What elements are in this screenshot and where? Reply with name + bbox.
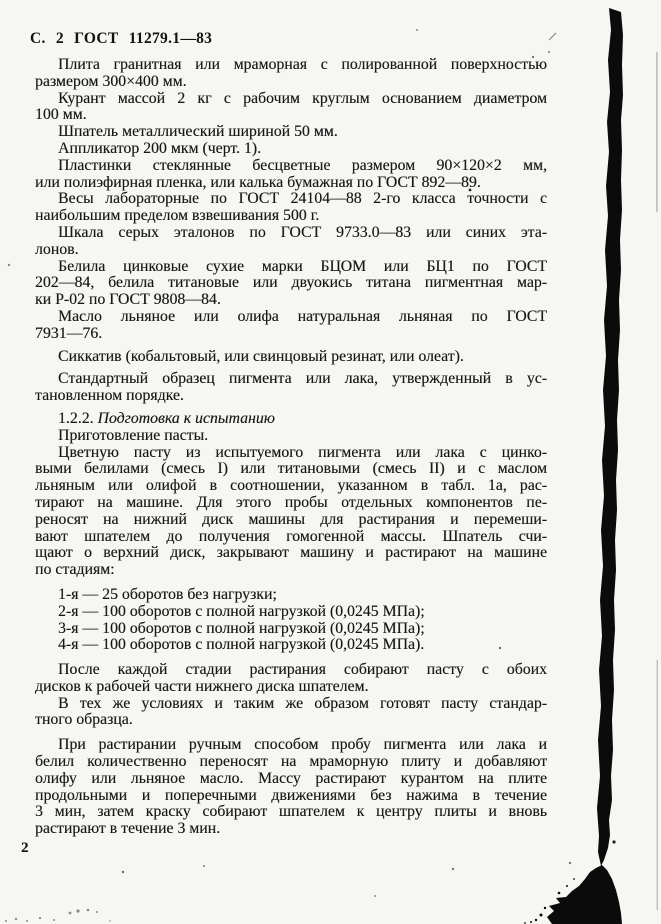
text-line: дисков к рабочей части нижнего диска шпа…	[35, 679, 547, 696]
text-line: наибольшим пределом взвешивания 500 г.	[35, 208, 547, 225]
paragraph: Плита гранитная или мраморная с полирова…	[35, 57, 547, 91]
section-number: 1.2.2.	[58, 410, 98, 427]
text-line: тного образца.	[35, 712, 547, 729]
text-line: Стандартный образец пигмента или лака, у…	[35, 371, 547, 388]
paragraph: При растирании ручным способом пробу пиг…	[35, 737, 547, 838]
paragraph: Белила цинковые сухие марки БЦОМ или БЦ1…	[35, 259, 547, 309]
paragraph: Цветную пасту из испытуемого пигмента ил…	[35, 445, 547, 579]
text-line: Сиккатив (кобальтовый, или свинцовый рез…	[35, 349, 547, 366]
paragraph: Сиккатив (кобальтовый, или свинцовый рез…	[35, 349, 547, 366]
blob-speckles	[524, 878, 575, 924]
running-header: С. 2 ГОСТ 11279.1—83	[30, 30, 212, 48]
grinding-stages-list: 1-я — 25 оборотов без нагрузки;2-я — 100…	[35, 587, 547, 654]
paragraph: В тех же условиях и таким же образом гот…	[35, 696, 547, 730]
list-item-line: 2-я — 100 оборотов с полной нагрузкой (0…	[35, 604, 547, 621]
section-heading-line: 1.2.2. Подготовка к испытанию	[35, 411, 547, 428]
paragraph: После каждой стадии растирания собирают …	[35, 662, 547, 696]
section-heading: 1.2.2. Подготовка к испытанию	[35, 411, 547, 428]
text-line: льняным или олифой в соотношении, указан…	[35, 478, 547, 495]
text-line: Аппликатор 200 мкм (черт. 1).	[35, 141, 547, 158]
paragraph: Масло льняное или олифа натуральная льня…	[35, 309, 547, 343]
text-line: вают шпателем до получения гомогенной ма…	[35, 529, 547, 546]
text-line: ки Р-02 по ГОСТ 9808—84.	[35, 292, 547, 309]
list-item-line: 4-я — 100 оборотов с полной нагрузкой (0…	[35, 637, 547, 654]
text-line: выми белилами (смесь I) или титановыми (…	[35, 461, 547, 478]
text-block: Плита гранитная или мраморная с полирова…	[35, 57, 547, 838]
text-line: Курант массой 2 кг с рабочим круглым осн…	[35, 91, 547, 108]
text-line: Приготовление пасты.	[35, 428, 547, 445]
text-line: белил количественно переносят на мраморн…	[35, 754, 547, 771]
page-edge-line	[656, 52, 658, 910]
binding-stripe-artifact	[597, 8, 623, 866]
text-line: 202—84, белила титановые или двуокись ти…	[35, 275, 547, 292]
text-line: Плита гранитная или мраморная с полирова…	[35, 57, 547, 74]
text-line: реносят на нижний диск машины для растир…	[35, 512, 547, 529]
bottom-left-smudge	[5, 909, 111, 922]
paragraph: Шкала серых эталонов по ГОСТ 9733.0—83 и…	[35, 225, 547, 259]
paragraph: Приготовление пасты.	[35, 428, 547, 445]
text-line: тирают на машине. Для этого пробы отдель…	[35, 495, 547, 512]
text-line: тановленном порядке.	[35, 388, 547, 405]
text-line: После каждой стадии растирания собирают …	[35, 662, 547, 679]
paragraph: Весы лабораторные по ГОСТ 24104—88 2-го …	[35, 191, 547, 225]
text-line: щают о верхний диск, закрывают машину и …	[35, 545, 547, 562]
ink-blob-artifact	[547, 865, 622, 924]
text-line: олифу или льняное масло. Массу растирают…	[35, 771, 547, 788]
text-line: Весы лабораторные по ГОСТ 24104—88 2-го …	[35, 191, 547, 208]
text-line: или полиэфирная пленка, или калька бумаж…	[35, 175, 547, 192]
list-item-line: 1-я — 25 оборотов без нагрузки;	[35, 587, 547, 604]
section-title: Подготовка к испытанию	[98, 410, 275, 427]
text-line: размером 300×400 мм.	[35, 74, 547, 91]
list-item-line: 3-я — 100 оборотов с полной нагрузкой (0…	[35, 621, 547, 638]
paragraph: Шпатель металлический шириной 50 мм.	[35, 124, 547, 141]
text-line: 3 мин, затем краску собирают шпателем к …	[35, 804, 547, 821]
text-line: Шкала серых эталонов по ГОСТ 9733.0—83 и…	[35, 225, 547, 242]
paragraph: Стандартный образец пигмента или лака, у…	[35, 371, 547, 405]
scanned-document-page: С. 2 ГОСТ 11279.1—83 Плита гранитная или…	[0, 0, 661, 924]
text-line: по стадиям:	[35, 562, 547, 579]
text-line: При растирании ручным способом пробу пиг…	[35, 737, 547, 754]
text-line: Масло льняное или олифа натуральная льня…	[35, 309, 547, 326]
text-line: 7931—76.	[35, 326, 547, 343]
paragraph: Курант массой 2 кг с рабочим круглым осн…	[35, 91, 547, 125]
text-line: Белила цинковые сухие марки БЦОМ или БЦ1…	[35, 259, 547, 276]
text-line: 100 мм.	[35, 107, 547, 124]
text-line: Цветную пасту из испытуемого пигмента ил…	[35, 445, 547, 462]
text-line: продольными и поперечными движениями без…	[35, 788, 547, 805]
text-line: лонов.	[35, 242, 547, 259]
page-number: 2	[21, 840, 29, 857]
text-line: Шпатель металлический шириной 50 мм.	[35, 124, 547, 141]
paragraph: Пластинки стеклянные бесцветные размером…	[35, 158, 547, 192]
text-line: растирают в течение 3 мин.	[35, 821, 547, 838]
text-line: Пластинки стеклянные бесцветные размером…	[35, 158, 547, 175]
paragraph: Аппликатор 200 мкм (черт. 1).	[35, 141, 547, 158]
text-line: В тех же условиях и таким же образом гот…	[35, 696, 547, 713]
